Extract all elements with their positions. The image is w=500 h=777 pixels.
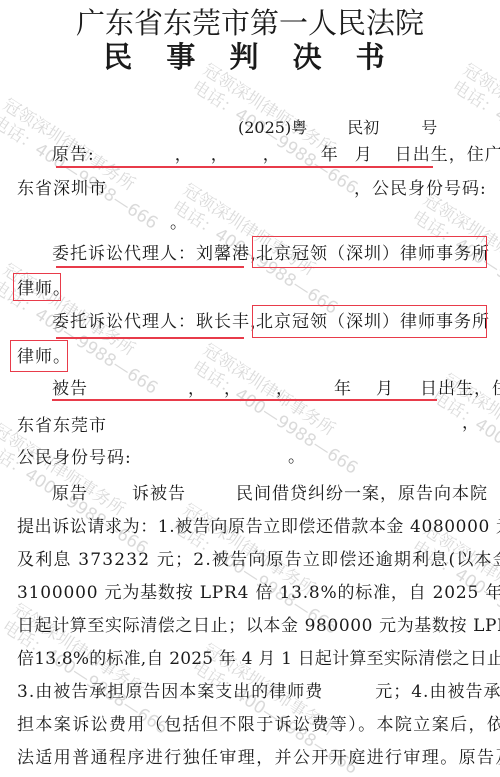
court-name: 广东省东莞市第一人民法院 [0,6,500,40]
underline-annotation [56,266,244,268]
plaintiff-id-label: ，公民身份号码: [354,178,487,200]
defendant-address: 东省东莞市 [17,415,107,437]
watermark: 冠领深圳律师事务所 电话：400—9988—666 [188,340,372,479]
underline-annotation [56,166,433,168]
body-line: 原告诉被告民间借贷纠纷一案，原告向本院 [52,483,488,505]
case-number: (2025)粤民初号 [238,117,437,139]
body-line: 倍13.8%的标准,自 2025 年 4 月 1 日起计算至实际清偿之日止); [17,648,500,670]
plaintiff-line: 原告:，，，年月日出生，住广 [52,144,500,166]
body-line: 提出诉讼请求为：1.被告向原告立即偿还借款本金 4080000 元 [17,516,500,538]
body-line: 及利息 373232 元；2.被告向原告立即偿还逾期利息(以本金 [17,549,500,571]
body-line: 3100000 元为基数按 LPR4 倍 13.8%的标准，自 2025 年 4… [17,582,500,604]
body-line: 3.由被告承担原告因本案支出的律师费元；4.由被告承 [17,681,500,703]
underline-annotation [52,399,437,401]
box-annotation [10,340,68,372]
body-line: 日起计算至实际清偿之日止；以本金 980000 元为基数按 LPR4 [17,615,500,637]
document-type: 民 事 判 决 书 [0,40,500,74]
judgment-page: 冠领深圳律师事务所 电话：400—9988—666 冠领深圳律师事务所 电话：4… [0,0,500,777]
underline-annotation [56,337,244,339]
agent-2-label: 委托诉讼代理人：耿长丰， [52,311,268,333]
defendant-address-end: ， [462,412,480,434]
defendant-id-label: 公民身份号码: [17,447,132,469]
body-line: 法适用普通程序进行独任审理，并公开开庭进行审理。原告及 [17,747,500,769]
defendant-line: 被告，，，年月日出生，住广 [52,378,500,400]
box-annotation [252,305,487,338]
box-annotation [13,273,61,301]
box-annotation [252,236,487,268]
plaintiff-id-end: 。 [170,212,188,234]
body-line: 担本案诉讼费用（包括但不限于诉讼费等）。本院立案后，依 [17,714,500,736]
plaintiff-address: 东省深圳市 [17,178,107,200]
defendant-id-end: 。 [288,446,306,468]
agent-1-label: 委托诉讼代理人：刘馨港， [52,243,268,265]
